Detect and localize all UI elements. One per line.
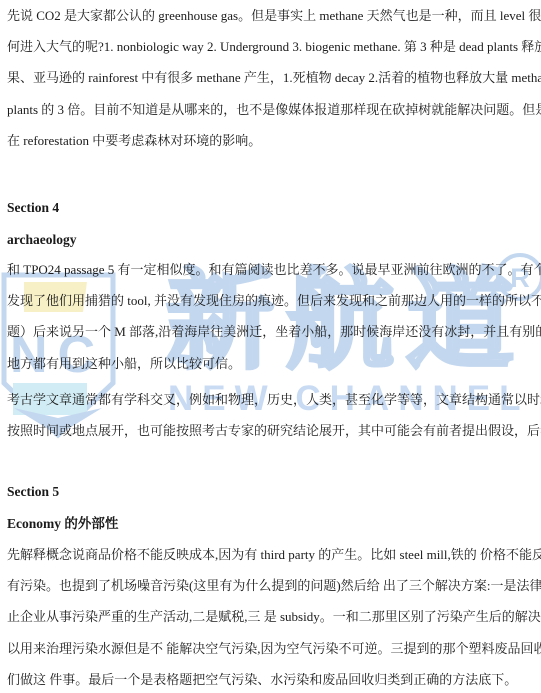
heading-text: archaeology <box>7 224 537 255</box>
text-line: 有污染。也提到了机场噪音污染(这里有为什么提到的问题)然后给 出了三个解决方案:… <box>7 570 537 601</box>
text-line: 和 TPO24 passage 5 有一定相似度。和有篇阅读也比差不多。说最早亚… <box>7 254 537 285</box>
economy-heading: Economy 的外部性 <box>7 508 537 539</box>
paragraph-archaeology: 和 TPO24 passage 5 有一定相似度。和有篇阅读也比差不多。说最早亚… <box>7 254 537 379</box>
document-page: NC R 新航道 NEW CHANNEL 先说 CO2 是大家都公认的 gree… <box>0 0 541 693</box>
paragraph-archaeology-structure: 考古学文章通常都有学科交叉，例如和物理，历史，人类，甚至化学等等，文章结构通常以… <box>7 384 537 446</box>
text-line: 题）后来说另一个 M 部落,沿着海岸往美洲迁，坐着小船，那时候海岸还没有冰封，并… <box>7 316 537 347</box>
text-line: plants 的 3 倍。目前不知道是从哪来的，也不是像媒体报道那样现在砍掉树就… <box>7 94 537 125</box>
paragraph-economy: 先解释概念说商品价格不能反映成本,因为有 third party 的产生。比如 … <box>7 539 537 693</box>
heading-text: Section 5 <box>7 476 537 507</box>
section-4-heading: Section 4 <box>7 192 537 223</box>
text-line: 地方都有用到这种小船，所以比较可信。 <box>7 348 537 379</box>
text-line: 止企业从事污染严重的生产活动,二是赋税,三 是 subsidy。一和二那里区别了… <box>7 601 537 632</box>
heading-text: Section 4 <box>7 192 537 223</box>
archaeology-heading: archaeology <box>7 224 537 255</box>
text-line: 以用来治理污染水源但是不 能解决空气污染,因为空气污染不可逆。三提到的那个塑料废… <box>7 633 537 664</box>
text-line: 何进入大气的呢?1. nonbiologic way 2. Undergroun… <box>7 31 537 62</box>
text-line: 先说 CO2 是大家都公认的 greenhouse gas。但是事实上 meth… <box>7 0 537 31</box>
text-line: 考古学文章通常都有学科交叉，例如和物理，历史，人类，甚至化学等等，文章结构通常以… <box>7 384 537 415</box>
heading-text: Economy 的外部性 <box>7 508 537 539</box>
section-5-heading: Section 5 <box>7 476 537 507</box>
text-line: 发现了他们用捕猎的 tool, 并没有发现住房的痕迹。但后来发现和之前那边人用的… <box>7 285 537 316</box>
text-line: 在 reforestation 中要考虑森林对环境的影响。 <box>7 125 537 156</box>
paragraph-methane: 先说 CO2 是大家都公认的 greenhouse gas。但是事实上 meth… <box>7 0 537 156</box>
text-line: 们做这 件事。最后一个是表格题把空气污染、水污染和废品回收归类到正确的方法底下。 <box>7 664 537 693</box>
text-line: 果、亚马逊的 rainforest 中有很多 methane 产生，1.死植物 … <box>7 62 537 93</box>
text-line: 按照时间或地点展开，也可能按照考古专家的研究结论展开，其中可能会有前者提出假设，… <box>7 415 537 446</box>
text-line: 先解释概念说商品价格不能反映成本,因为有 third party 的产生。比如 … <box>7 539 537 570</box>
